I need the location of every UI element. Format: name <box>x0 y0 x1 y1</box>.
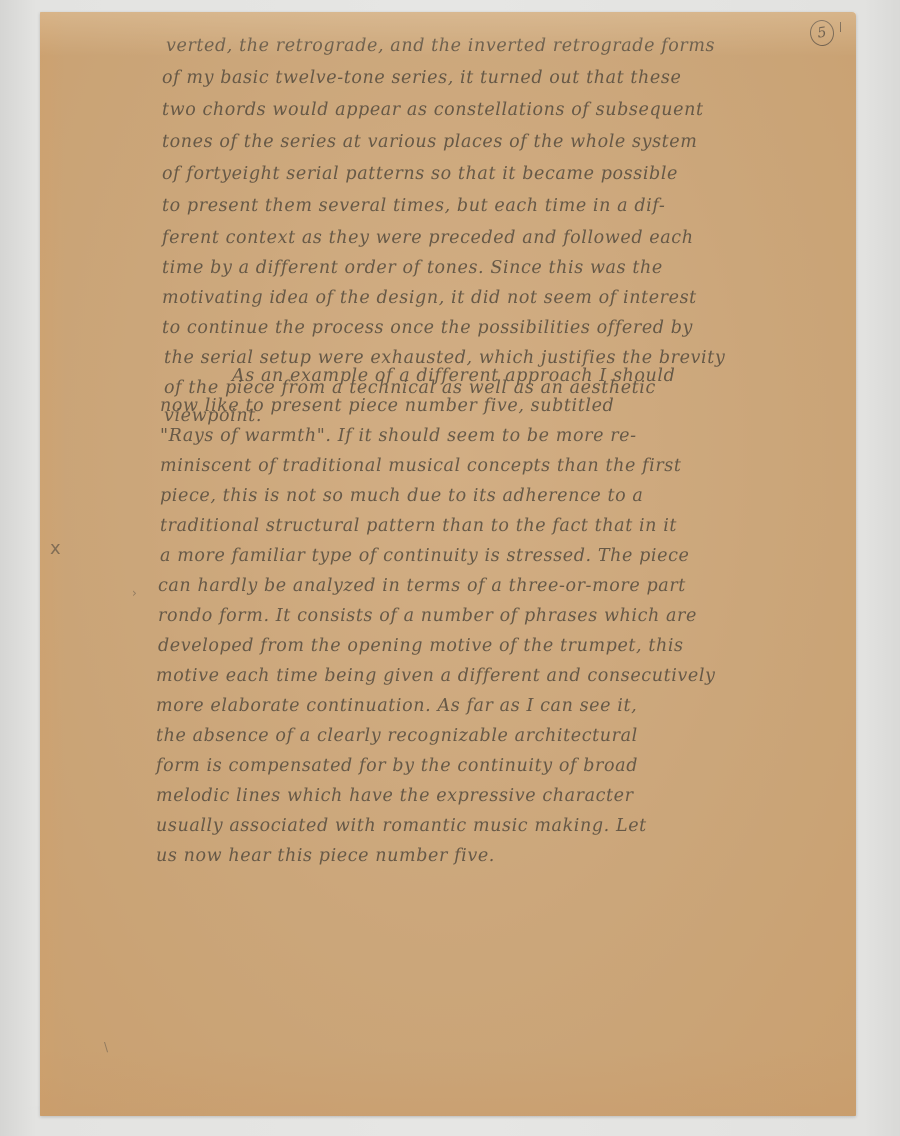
text-line: time by a different order of tones. Sinc… <box>162 258 663 278</box>
text-line: verted, the retrograde, and the inverted… <box>166 36 715 56</box>
text-line: of my basic twelve-tone series, it turne… <box>162 68 681 88</box>
text-line: to continue the process once the possibi… <box>162 318 693 338</box>
text-line: form is compensated for by the continuit… <box>156 756 638 776</box>
text-line: ferent context as they were preceded and… <box>162 228 694 248</box>
text-line: us now hear this piece number five. <box>156 846 495 866</box>
text-line: a more familiar type of continuity is st… <box>160 546 689 566</box>
text-line: melodic lines which have the expressive … <box>156 786 634 806</box>
text-line: the absence of a clearly recognizable ar… <box>156 726 638 746</box>
margin-tick-mark: \ <box>104 1040 108 1054</box>
text-line: to present them several times, but each … <box>162 196 665 216</box>
page-number-tick <box>840 22 841 32</box>
text-line: now like to present piece number five, s… <box>160 396 614 416</box>
text-line: developed from the opening motive of the… <box>158 636 684 656</box>
text-line: of fortyeight serial patterns so that it… <box>162 164 678 184</box>
text-line: "Rays of warmth". If it should seem to b… <box>160 426 637 446</box>
text-line: tones of the series at various places of… <box>162 132 697 152</box>
margin-x-mark: x <box>50 538 61 559</box>
text-line: the serial setup were exhausted, which j… <box>164 348 725 368</box>
text-line: two chords would appear as constellation… <box>162 100 704 120</box>
text-line: more elaborate continuation. As far as I… <box>156 696 637 716</box>
text-line: miniscent of traditional musical concept… <box>160 456 682 476</box>
text-line: traditional structural pattern than to t… <box>160 516 677 536</box>
page-number: 5 <box>808 18 835 47</box>
text-line: motivating idea of the design, it did no… <box>162 288 697 308</box>
text-line: motive each time being given a different… <box>156 666 716 686</box>
text-line: rondo form. It consists of a number of p… <box>158 606 697 626</box>
text-line: piece, this is not so much due to its ad… <box>160 486 643 506</box>
text-line: can hardly be analyzed in terms of a thr… <box>158 576 686 596</box>
text-line: As an example of a different approach I … <box>232 366 675 386</box>
margin-tick-mark: › <box>132 586 137 600</box>
text-line: usually associated with romantic music m… <box>156 816 647 836</box>
